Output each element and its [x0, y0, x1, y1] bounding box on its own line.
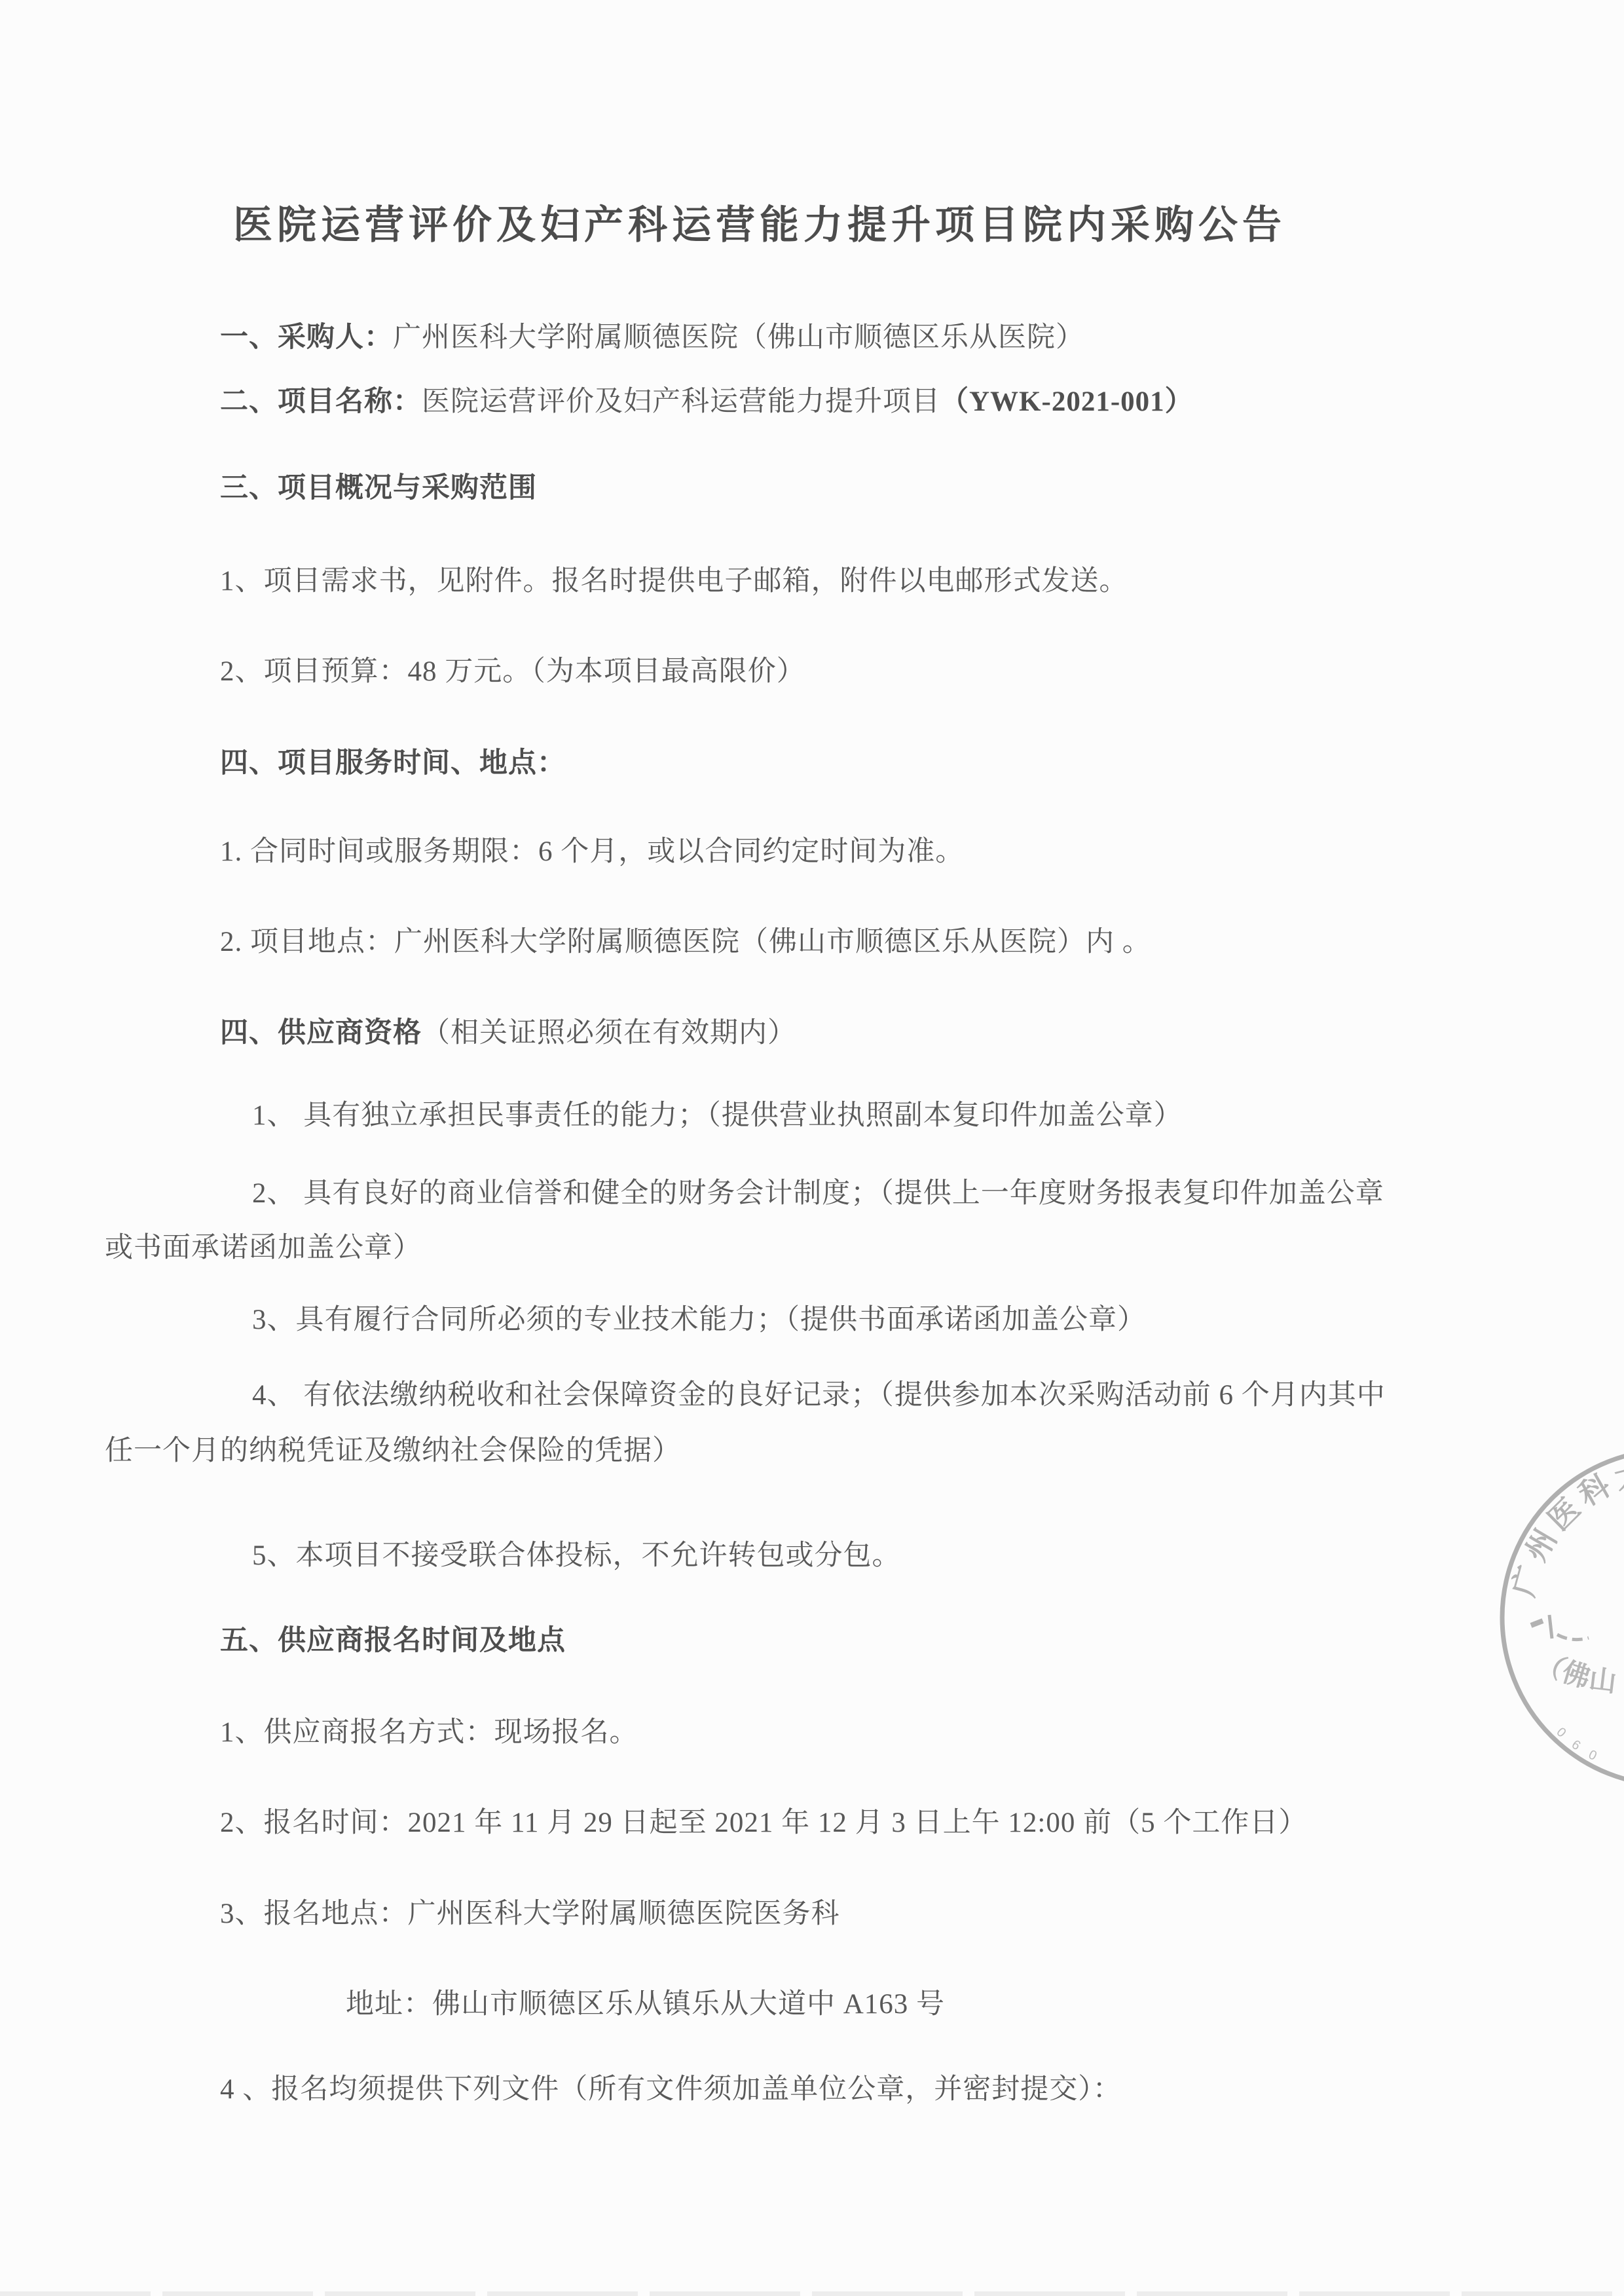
- purchaser-label: 一、采购人：: [220, 322, 393, 353]
- seal-ring-text: 广州医科大学: [1408, 1408, 1624, 1600]
- scan-artifact-strip: [0, 2291, 1624, 2296]
- section-registration-heading: 五、供应商报名时间及地点: [220, 1624, 566, 1657]
- qualification-item-4: 4、 有依法缴纳税收和社会保障资金的良好记录；（提供参加本次采购活动前 6 个月…: [252, 1379, 1386, 1412]
- item-contract-term: 1. 合同时间或服务期限：6 个月，或以合同约定时间为准。: [220, 835, 964, 868]
- seal-center-stroke: [1549, 1615, 1552, 1639]
- scanned-document-page: 医院运营评价及妇产科运营能力提升项目院内采购公告 一、采购人：广州医科大学附属顺…: [0, 0, 1624, 2296]
- purchaser-value: 广州医科大学附属顺德医院（佛山市顺德区乐从医院）: [393, 322, 1084, 353]
- seal-center-mark: [1531, 1621, 1543, 1625]
- registration-time: 2、报名时间：2021 年 11 月 29 日起至 2021 年 12 月 3 …: [220, 1806, 1307, 1840]
- registration-method: 1、供应商报名方式：现场报名。: [220, 1716, 638, 1749]
- hospital-seal-stamp: 广州医科大学 （佛山市顺德 0 6 0 8: [1408, 1408, 1624, 1866]
- project-code: （YWK-2021-001）: [940, 386, 1194, 417]
- registration-place: 3、报名地点：广州医科大学附属顺德医院医务科: [220, 1897, 840, 1931]
- purchaser-line: 一、采购人：广州医科大学附属顺德医院（佛山市顺德区乐从医院）: [220, 321, 1084, 354]
- qualification-item-2: 2、 具有良好的商业信誉和健全的财务会计制度；（提供上一年度财务报表复印件加盖公…: [252, 1177, 1384, 1210]
- qualification-item-3: 3、具有履行合同所必须的专业技术能力；（提供书面承诺函加盖公章）: [252, 1303, 1146, 1337]
- section-service-time-heading: 四、项目服务时间、地点：: [220, 747, 566, 780]
- section-overview-heading: 三、项目概况与采购范围: [220, 472, 537, 505]
- registration-documents: 4 、报名均须提供下列文件（所有文件须加盖单位公章，并密封提交）：: [220, 2073, 1122, 2106]
- item-budget: 2、项目预算：48 万元。（为本项目最高限价）: [220, 655, 805, 688]
- seal-center-dash: [1557, 1635, 1589, 1640]
- item-requirement-doc: 1、项目需求书，见附件。报名时提供电子邮箱，附件以电邮形式发送。: [220, 565, 1128, 598]
- project-name-label: 二、项目名称：: [220, 386, 422, 417]
- registration-address: 地址：佛山市顺德区乐从镇乐从大道中 A163 号: [346, 1988, 945, 2021]
- project-name-value: 医院运营评价及妇产科运营能力提升项目: [422, 386, 940, 417]
- qualification-item-5: 5、本项目不接受联合体投标，不允许转包或分包。: [252, 1539, 901, 1572]
- item-project-location: 2. 项目地点：广州医科大学附属顺德医院（佛山市顺德区乐从医院）内 。: [220, 925, 1151, 959]
- document-title: 医院运营评价及妇产科运营能力提升项目院内采购公告: [105, 204, 1414, 246]
- section-qualification-heading: 四、供应商资格（相关证照必须在有效期内）: [220, 1016, 796, 1050]
- qualification-item-4-continuation: 任一个月的纳税凭证及缴纳社会保险的凭据）: [105, 1434, 681, 1468]
- qualification-item-1: 1、 具有独立承担民事责任的能力；（提供营业执照副本复印件加盖公章）: [252, 1099, 1183, 1132]
- qualification-item-2-continuation: 或书面承诺函加盖公章）: [105, 1231, 422, 1265]
- project-name-line: 二、项目名称：医院运营评价及妇产科运营能力提升项目（YWK-2021-001）: [220, 385, 1194, 418]
